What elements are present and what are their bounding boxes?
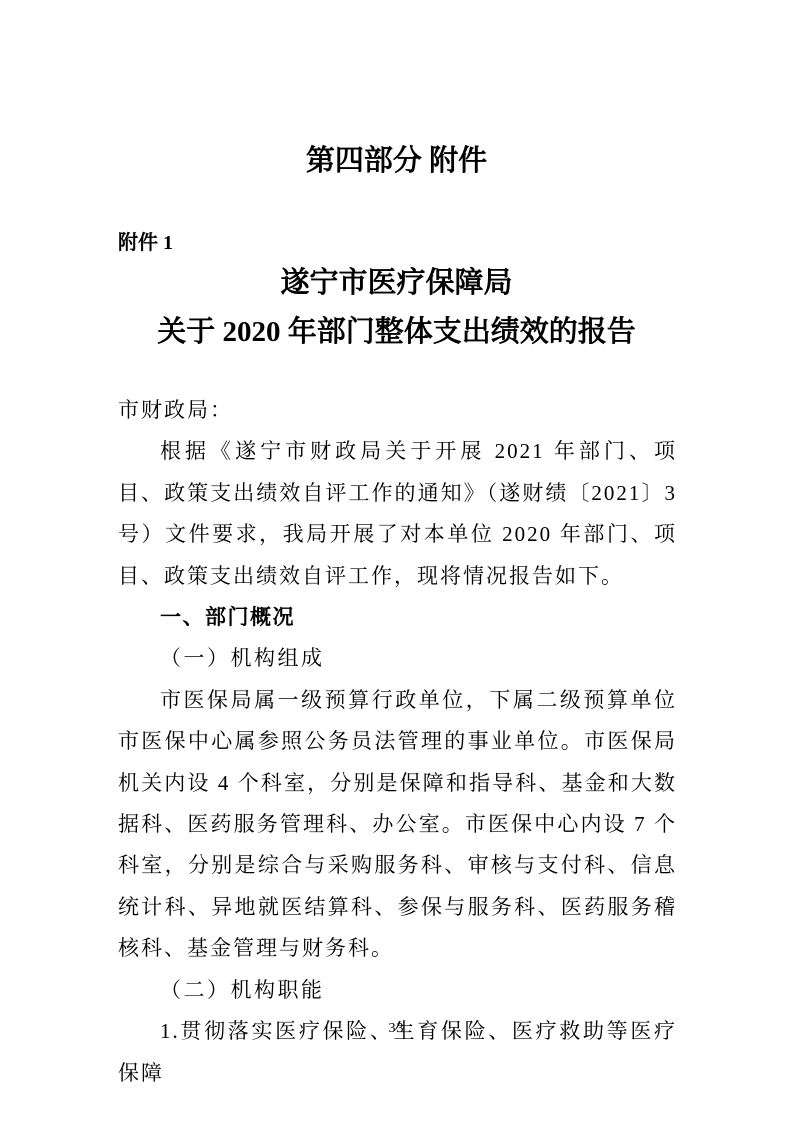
document-title-line1: 遂宁市医疗保障局 (0, 260, 793, 301)
page-number: 33 (0, 1021, 793, 1037)
document-title-line2: 关于 2020 年部门整体支出绩效的报告 (0, 309, 793, 350)
section-1-1-heading: （一）机构组成 (118, 638, 677, 679)
part-title: 第四部分 附件 (0, 138, 793, 179)
salutation: 市财政局： (118, 390, 677, 431)
document-page: 第四部分 附件 附件 1 遂宁市医疗保障局 关于 2020 年部门整体支出绩效的… (0, 0, 793, 1122)
section-1-1-paragraph: 市医保局属一级预算行政单位，下属二级预算单位市医保中心属参照公务员法管理的事业单… (118, 680, 677, 970)
intro-paragraph: 根据《遂宁市财政局关于开展 2021 年部门、项目、政策支出绩效自评工作的通知》… (118, 431, 677, 597)
document-body: 市财政局： 根据《遂宁市财政局关于开展 2021 年部门、项目、政策支出绩效自评… (118, 390, 677, 1094)
attachment-label: 附件 1 (118, 226, 173, 255)
section-1-2-heading: （二）机构职能 (118, 970, 677, 1011)
section-1-heading: 一、部门概况 (118, 597, 677, 638)
